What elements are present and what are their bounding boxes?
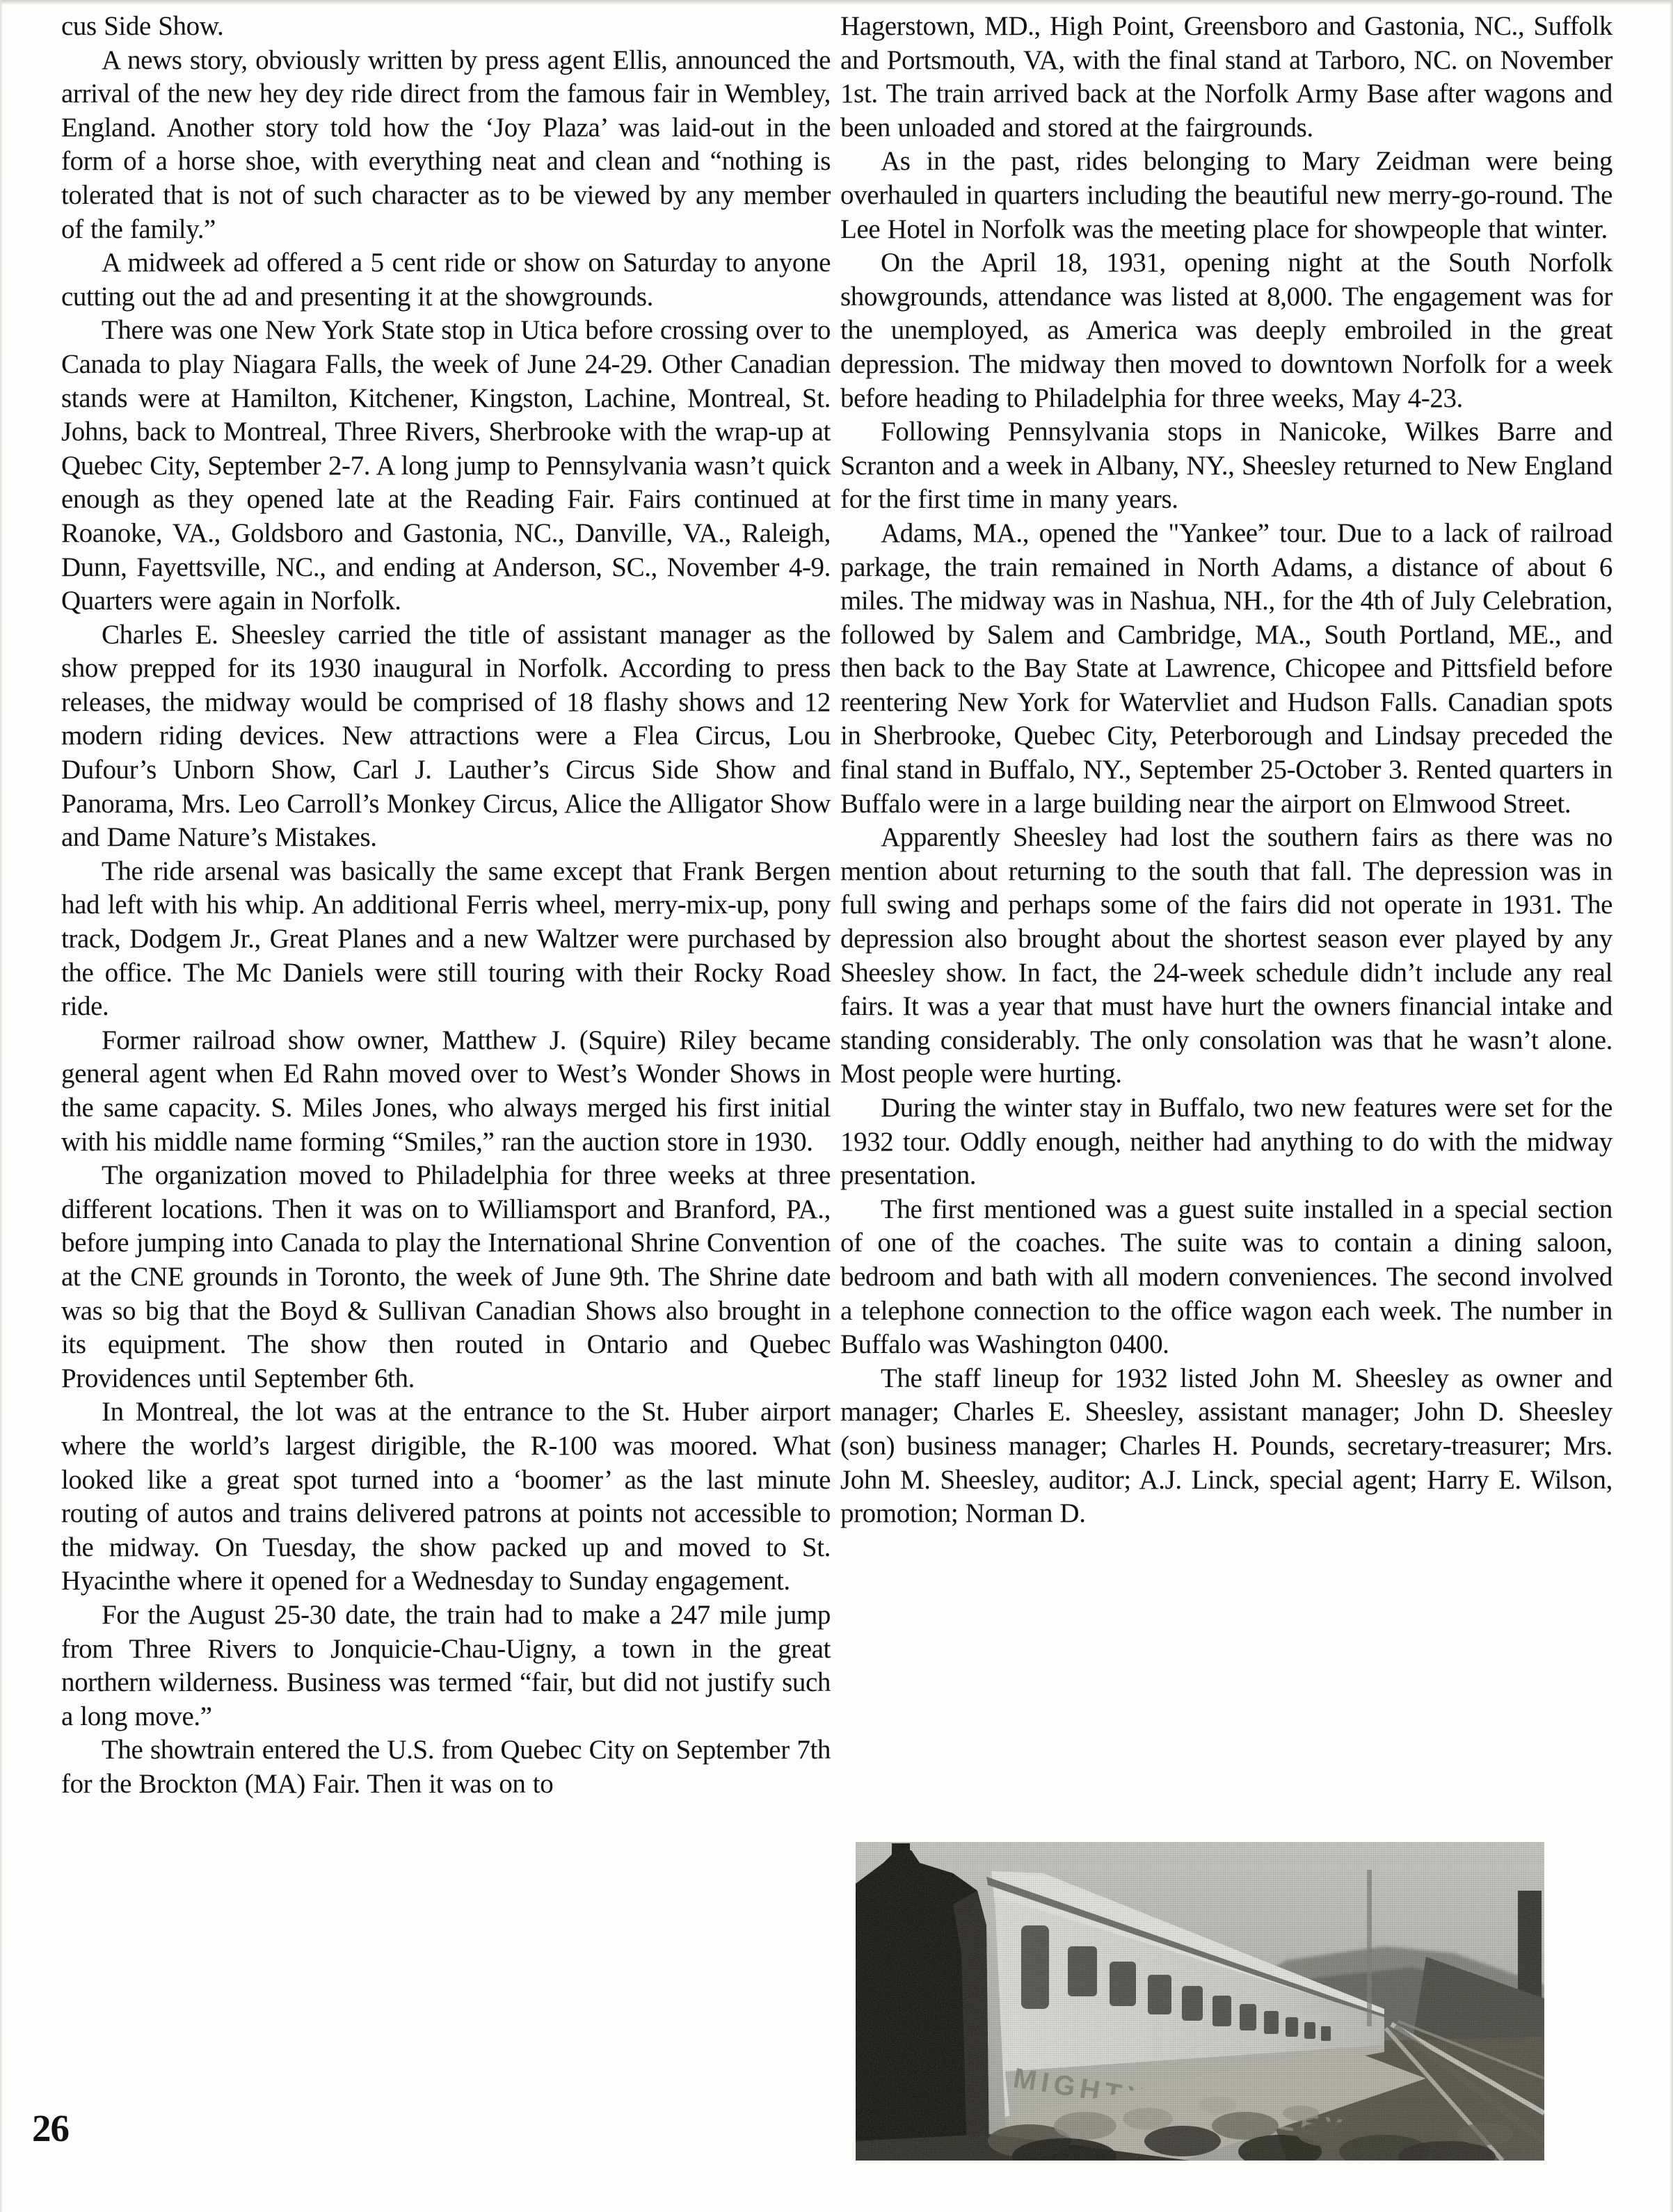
photo-grain-overlay [856,1842,1544,2161]
train-photo: MIGHTY SHEESLEY [856,1842,1544,2161]
paragraph: Following Pennsylvania stops in Nanicoke… [840,415,1612,517]
paragraph: For the August 25-30 date, the train had… [61,1598,831,1733]
paragraph: A midweek ad offered a 5 cent ride or sh… [61,246,831,314]
left-text-column: cus Side Show.A news story, obviously wr… [61,10,831,1801]
paragraph: As in the past, rides belonging to Mary … [840,145,1612,246]
right-text-column: Hagerstown, MD., High Point, Greensboro … [840,10,1612,1531]
paragraph: In Montreal, the lot was at the entrance… [61,1395,831,1598]
paragraph: Former railroad show owner, Matthew J. (… [61,1024,831,1159]
paragraph: On the April 18, 1931, opening night at … [840,246,1612,415]
scan-artifact-top [0,0,1673,5]
paragraph: Hagerstown, MD., High Point, Greensboro … [840,10,1612,145]
paragraph: Apparently Sheesley had lost the souther… [840,821,1612,1091]
paragraph: A news story, obviously written by press… [61,44,831,247]
paragraph: cus Side Show. [61,10,831,44]
paragraph: During the winter stay in Buffalo, two n… [840,1091,1612,1193]
paragraph: There was one New York State stop in Uti… [61,314,831,618]
scan-artifact-left [0,0,3,2212]
paragraph: Charles E. Sheesley carried the title of… [61,618,831,855]
paragraph: The organization moved to Philadelphia f… [61,1159,831,1395]
train-photo-graphic: MIGHTY SHEESLEY [856,1842,1544,2161]
paragraph: The first mentioned was a guest suite in… [840,1193,1612,1362]
paragraph: The showtrain entered the U.S. from Queb… [61,1733,831,1801]
paragraph: The staff lineup for 1932 listed John M.… [840,1362,1612,1531]
magazine-page: cus Side Show.A news story, obviously wr… [0,0,1673,2212]
paragraph: Adams, MA., opened the "Yankee” tour. Du… [840,517,1612,821]
page-number: 26 [32,2106,69,2150]
paragraph: The ride arsenal was basically the same … [61,855,831,1024]
scan-artifact-right [1670,0,1673,2212]
